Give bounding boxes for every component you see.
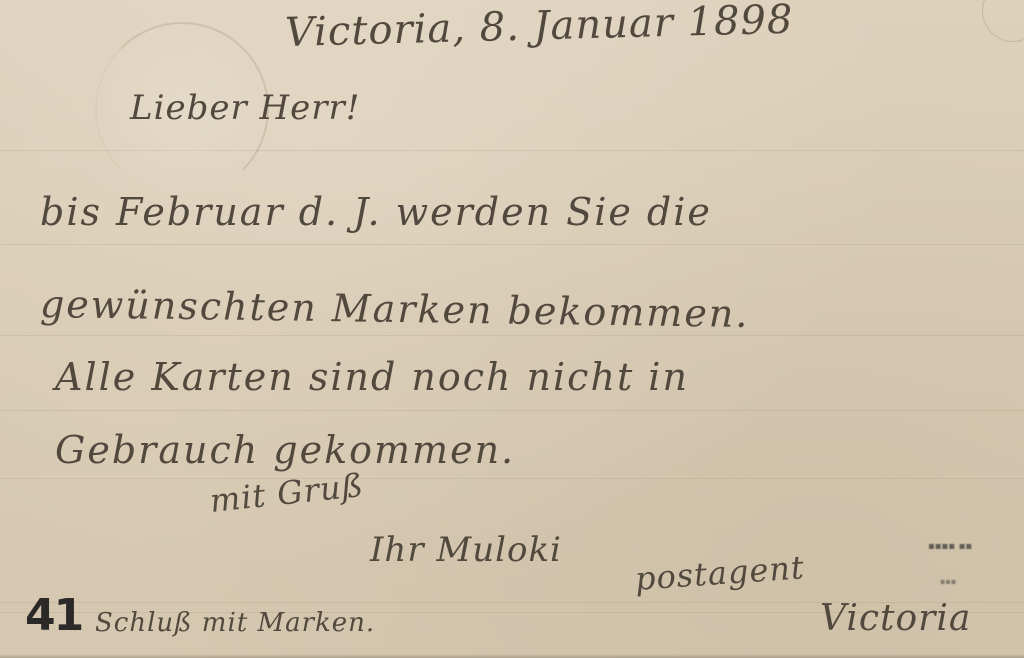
stamp-mark: ▪▪▪ [940,577,956,586]
body-line: Gebrauch gekommen. [55,428,515,472]
ruling-line [0,244,1024,245]
postscript-text: Schluß mit Marken. [95,608,375,638]
body-line: bis Februar d. J. werden Sie die [40,190,712,234]
dateline-date: 8. Januar 1898 [479,0,794,51]
archive-number: 41 [25,590,82,641]
dateline: Victoria, 8. Januar 1898 [284,0,794,56]
body-line: Alle Karten sind noch nicht in [55,355,689,399]
ruling-line [0,335,1024,336]
salutation: Lieber Herr! [130,88,360,128]
postcard: Victoria, 8. Januar 1898 Lieber Herr! bi… [0,0,1024,658]
sender-title: postagent [634,548,806,598]
dateline-place: Victoria, [284,5,466,56]
ruling-line [0,478,1024,479]
card-bottom-edge [0,654,1024,658]
card-corner [982,0,1024,42]
ruling-line [0,410,1024,411]
stamp-mark: ▪▪▪▪ ▪▪ [928,541,972,552]
sender-place: Victoria [820,598,971,639]
postscript: Schluß mit Marken. [55,608,375,638]
closing: mit Gruß [208,466,366,520]
body-line: gewünschten Marken bekommen. [40,282,750,336]
signature: Ihr Muloki [370,530,562,570]
